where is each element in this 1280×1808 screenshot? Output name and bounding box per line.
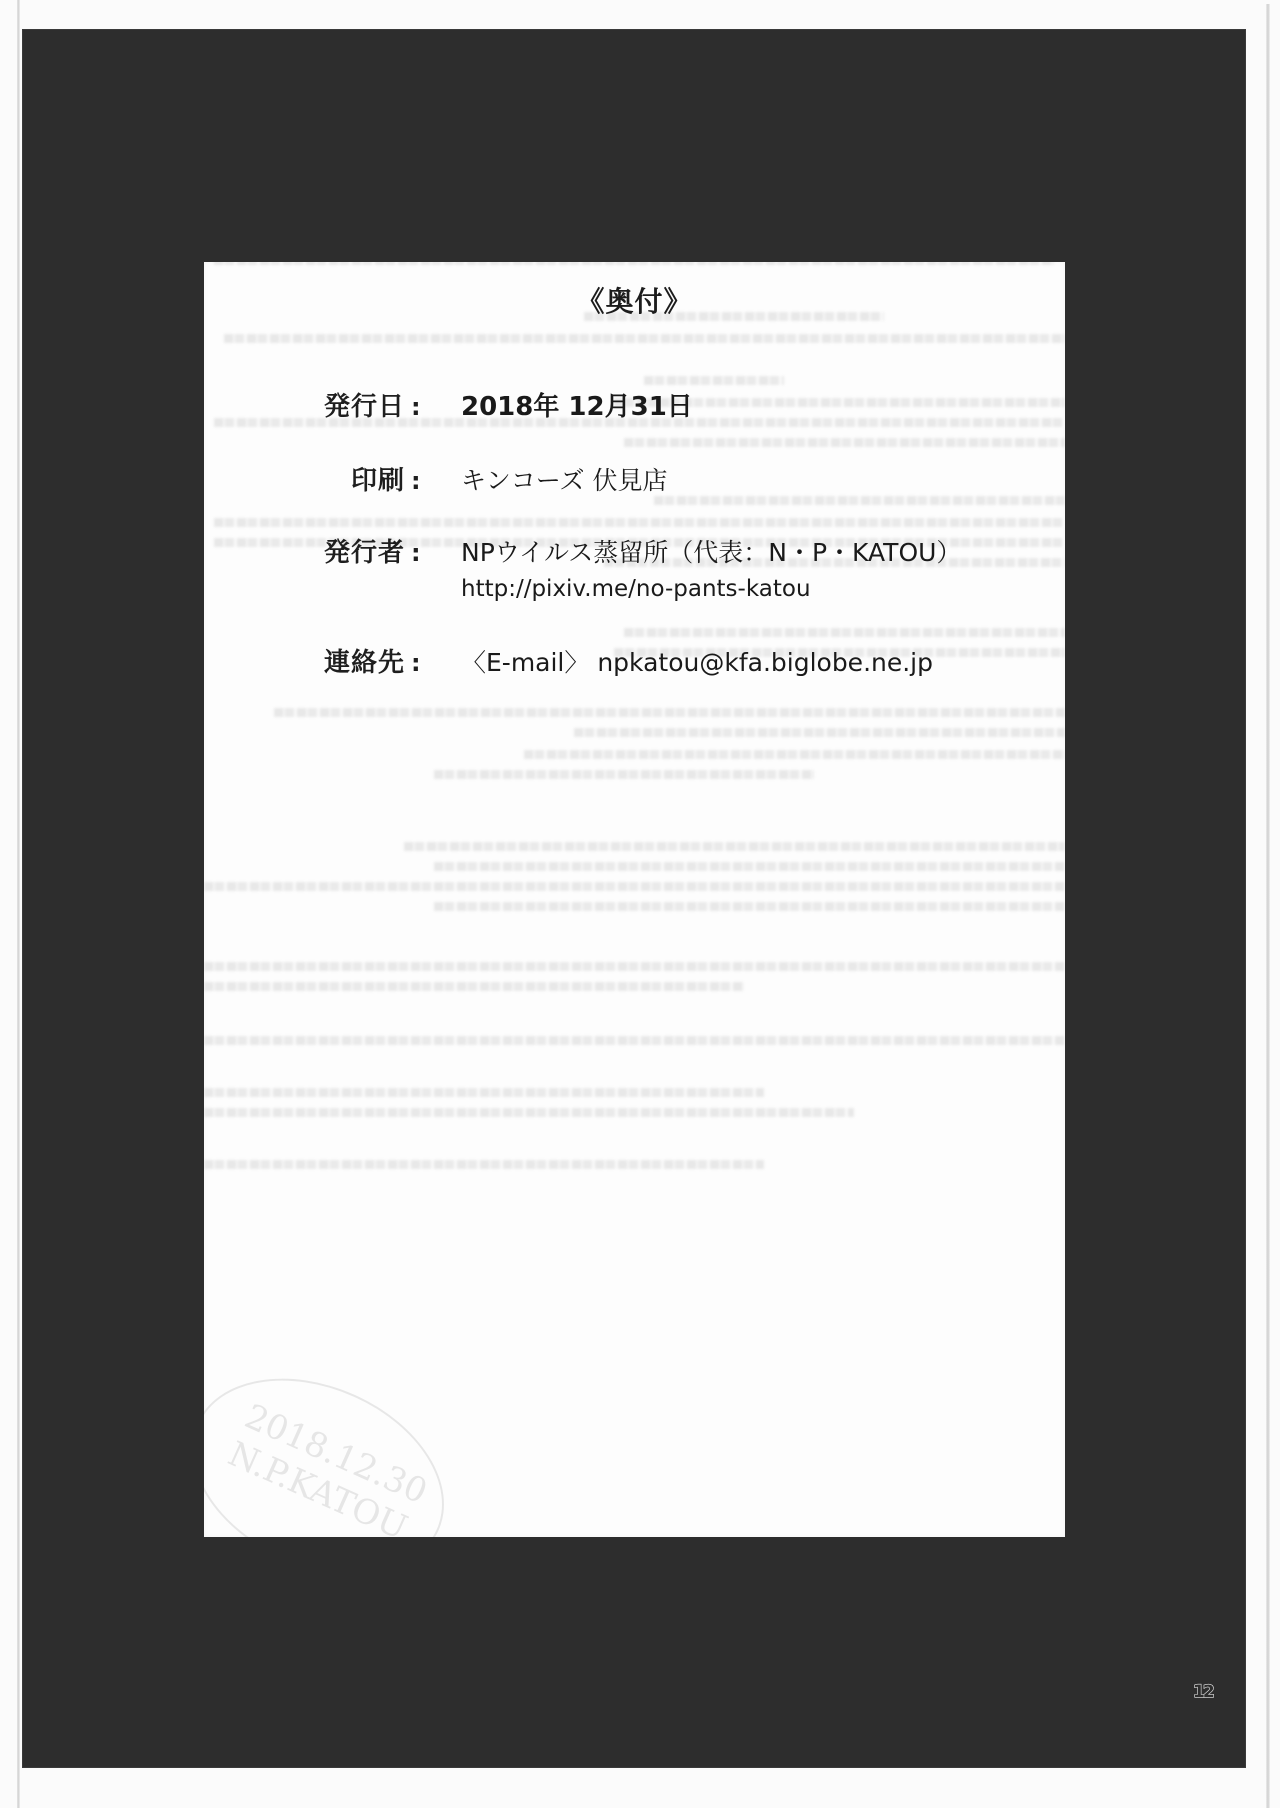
contact-email[interactable]: 〈E-mail〉 npkatou@kfa.biglobe.ne.jp bbox=[461, 643, 933, 679]
printer-value: キンコーズ 伏見店 bbox=[461, 461, 667, 497]
printer-label: 印刷 bbox=[290, 460, 405, 497]
publisher-colon: : bbox=[405, 539, 461, 567]
colophon-title: 《奥付》 bbox=[204, 280, 1065, 320]
page-number: 12 bbox=[1193, 1682, 1213, 1702]
publication-date-colon: : bbox=[405, 393, 461, 421]
contact-colon: : bbox=[405, 649, 461, 677]
row-publication-date: 発行日 : 2018年 12月31日 bbox=[290, 386, 693, 423]
scan-edge-right bbox=[1266, 4, 1270, 1808]
publication-date-label: 発行日 bbox=[290, 386, 405, 423]
publication-date-value: 2018年 12月31日 bbox=[461, 386, 693, 423]
row-contact: 連絡先 : 〈E-mail〉 npkatou@kfa.biglobe.ne.jp bbox=[290, 642, 933, 679]
publisher-value: NPウイルス蒸留所（代表：N・P・KATOU） bbox=[461, 533, 961, 569]
stamp-text: 2018.12.30 N.P.KATOU bbox=[222, 1397, 433, 1537]
colophon-panel: 《奥付》 発行日 : 2018年 12月31日 印刷 : キンコーズ 伏見店 発… bbox=[204, 262, 1065, 1537]
contact-label: 連絡先 bbox=[290, 642, 405, 679]
row-printer: 印刷 : キンコーズ 伏見店 bbox=[290, 460, 667, 497]
scan-edge-left bbox=[17, 0, 20, 1808]
publisher-url[interactable]: http://pixiv.me/no-pants-katou bbox=[461, 576, 811, 602]
row-publisher: 発行者 : NPウイルス蒸留所（代表：N・P・KATOU） bbox=[290, 532, 961, 569]
publisher-label: 発行者 bbox=[290, 532, 405, 569]
faint-stamp: 2018.12.30 N.P.KATOU bbox=[204, 1341, 475, 1537]
printer-colon: : bbox=[405, 467, 461, 495]
